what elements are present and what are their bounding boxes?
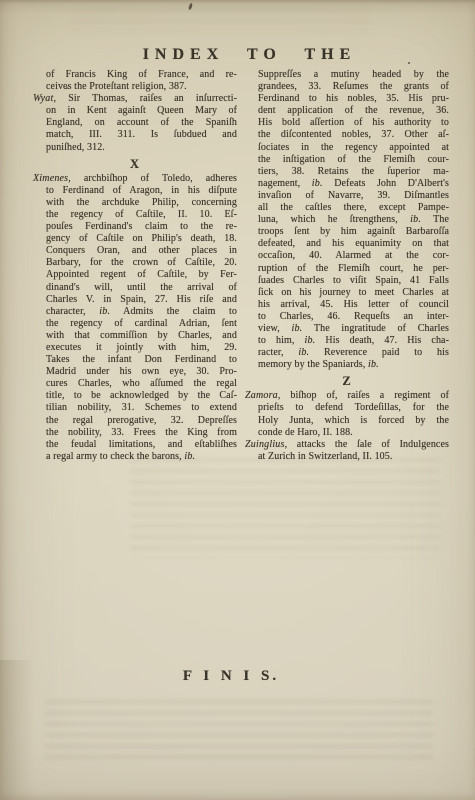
- index-text-line: his arrival, 45. His letter of council: [245, 299, 449, 311]
- index-text-line: all the caſtles there, except Pampe-: [245, 202, 449, 214]
- index-text-line: Zamora, biſhop of, raiſes a regiment of: [245, 390, 449, 402]
- index-text-line: Suppreſſes a mutiny headed by the: [245, 69, 449, 81]
- index-text-line: gency of Caſtile on Philip's death, 18.: [33, 233, 237, 245]
- index-text-line: defeated, and his equanimity on that: [245, 238, 449, 250]
- index-text-line: Charles V. in Spain, 27. His riſe and: [33, 294, 237, 306]
- index-text-line: Conquers Oran, and other places in: [33, 245, 237, 257]
- index-text-line: Zuinglius, attacks the ſale of Indulgenc…: [245, 439, 449, 451]
- index-text-line: nagement, ib. Defeats John D'Albert's: [245, 178, 449, 190]
- finis-label: F I N I S.: [0, 668, 462, 685]
- index-text-line: ſick on his journey to meet Charles at: [245, 287, 449, 299]
- index-text-line: Ferdinand to his nobles, 35. His pru-: [245, 93, 449, 105]
- index-text-line: on in Kent againſt Queen Mary of: [33, 105, 237, 117]
- index-text-line: pouſes Ferdinand's claim to the re-: [33, 221, 237, 233]
- index-text-line: to Charles, 46. Requeſts an inter-: [245, 311, 449, 323]
- index-text-line: ruption of the Flemiſh court, he per-: [245, 263, 449, 275]
- index-text-line: tiers, 38. Retains the ſuperior ma-: [245, 166, 449, 178]
- index-text-line: to Ferdinand of Aragon, in his diſpute: [33, 185, 237, 197]
- index-text-line: ceives the Proteſtant religion, 387.: [33, 81, 237, 93]
- index-text-line: the nobility, 33. Frees the King from: [33, 427, 237, 439]
- section-letter: Z: [245, 375, 449, 388]
- index-text-line: invaſion of Navarre, 39. Diſmantles: [245, 190, 449, 202]
- index-text-line: occaſion, 40. Alarmed at the cor-: [245, 250, 449, 262]
- index-text-line: the diſcontented nobles, 37. Other aſ-: [245, 129, 449, 141]
- index-text-line: with the archduke Philip, concerning: [33, 197, 237, 209]
- index-text-line: match, III. 311. Is ſubdued and: [33, 129, 237, 141]
- index-column-left: of Francis King of France, and re-ceives…: [33, 69, 237, 463]
- index-text-line: at Zurich in Switzerland, II. 105.: [245, 451, 449, 463]
- page-header-title: INDEX TO THE: [12, 46, 475, 64]
- index-text-line: ſuades Charles to viſit Spain, 41 Falls: [245, 275, 449, 287]
- index-text-line: Appointed regent of Caſtile, by Fer-: [33, 269, 237, 281]
- index-text-line: luna, which he ſtrengthens, ib. The: [245, 214, 449, 226]
- index-text-line: Wyat, Sir Thomas, raiſes an inſurrecti-: [33, 93, 237, 105]
- index-text-line: Takes the infant Don Ferdinand to: [33, 354, 237, 366]
- index-text-line: England, on account of the Spaniſh: [33, 117, 237, 129]
- index-text-line: prieſts to defend Tordeſillas, for the: [245, 402, 449, 414]
- index-text-line: conde de Haro, II. 188.: [245, 427, 449, 439]
- index-text-line: racter, ib. Reverence paid to his: [245, 347, 449, 359]
- index-text-line: a regal army to check the barons, ib.: [33, 451, 237, 463]
- index-text-line: dinand's will, until the arrival of: [33, 282, 237, 294]
- index-column-right: Suppreſſes a mutiny headed by thegrandee…: [245, 69, 449, 463]
- index-text-line: the inſtigation of the Flemiſh cour-: [245, 154, 449, 166]
- index-text-line: the regency of cardinal Adrian, ſent: [33, 318, 237, 330]
- index-text-line: ſociates in the regency appointed at: [245, 142, 449, 154]
- index-text-line: Ximenes, archbiſhop of Toledo, adheres: [33, 173, 237, 185]
- page-content: INDEX TO THE of Francis King of France, …: [0, 0, 475, 800]
- index-text-line: title, to be acknowledged by the Caſ-: [33, 390, 237, 402]
- index-text-line: His bold aſſertion of his authority to: [245, 117, 449, 129]
- index-text-line: troops ſent by him againſt Barbaroſſa: [245, 226, 449, 238]
- index-text-line: Barbary, for the crown of Caſtile, 20.: [33, 257, 237, 269]
- index-text-line: to him, ib. His death, 47. His cha-: [245, 335, 449, 347]
- index-text-line: cures Charles, who aſſumed the regal: [33, 378, 237, 390]
- index-text-line: the regency of Caſtile, II. 10. Eſ-: [33, 209, 237, 221]
- index-text-line: Madrid under his own eye, 30. Pro-: [33, 366, 237, 378]
- section-letter: X: [33, 158, 237, 171]
- index-text-line: the regal prerogative, 32. Depreſſes: [33, 415, 237, 427]
- index-text-line: with that commiſſion by Charles, and: [33, 330, 237, 342]
- index-text-line: character, ib. Admits the claim to: [33, 306, 237, 318]
- index-text-line: dent application of the revenue, 36.: [245, 105, 449, 117]
- index-text-line: executes it jointly with him, 29.: [33, 342, 237, 354]
- index-text-line: Holy Junta, which is forced by the: [245, 415, 449, 427]
- index-text-line: of Francis King of France, and re-: [33, 69, 237, 81]
- index-text-line: the feudal limitations, and eſtabliſhes: [33, 439, 237, 451]
- index-text-line: view, ib. The ingratitude of Charles: [245, 323, 449, 335]
- index-text-line: grandees, 33. Reſumes the grants of: [245, 81, 449, 93]
- index-text-line: tilian nobility, 31. Schemes to extend: [33, 402, 237, 414]
- index-text-line: puniſhed, 312.: [33, 142, 237, 154]
- index-text-line: memory by the Spaniards, ib.: [245, 359, 449, 371]
